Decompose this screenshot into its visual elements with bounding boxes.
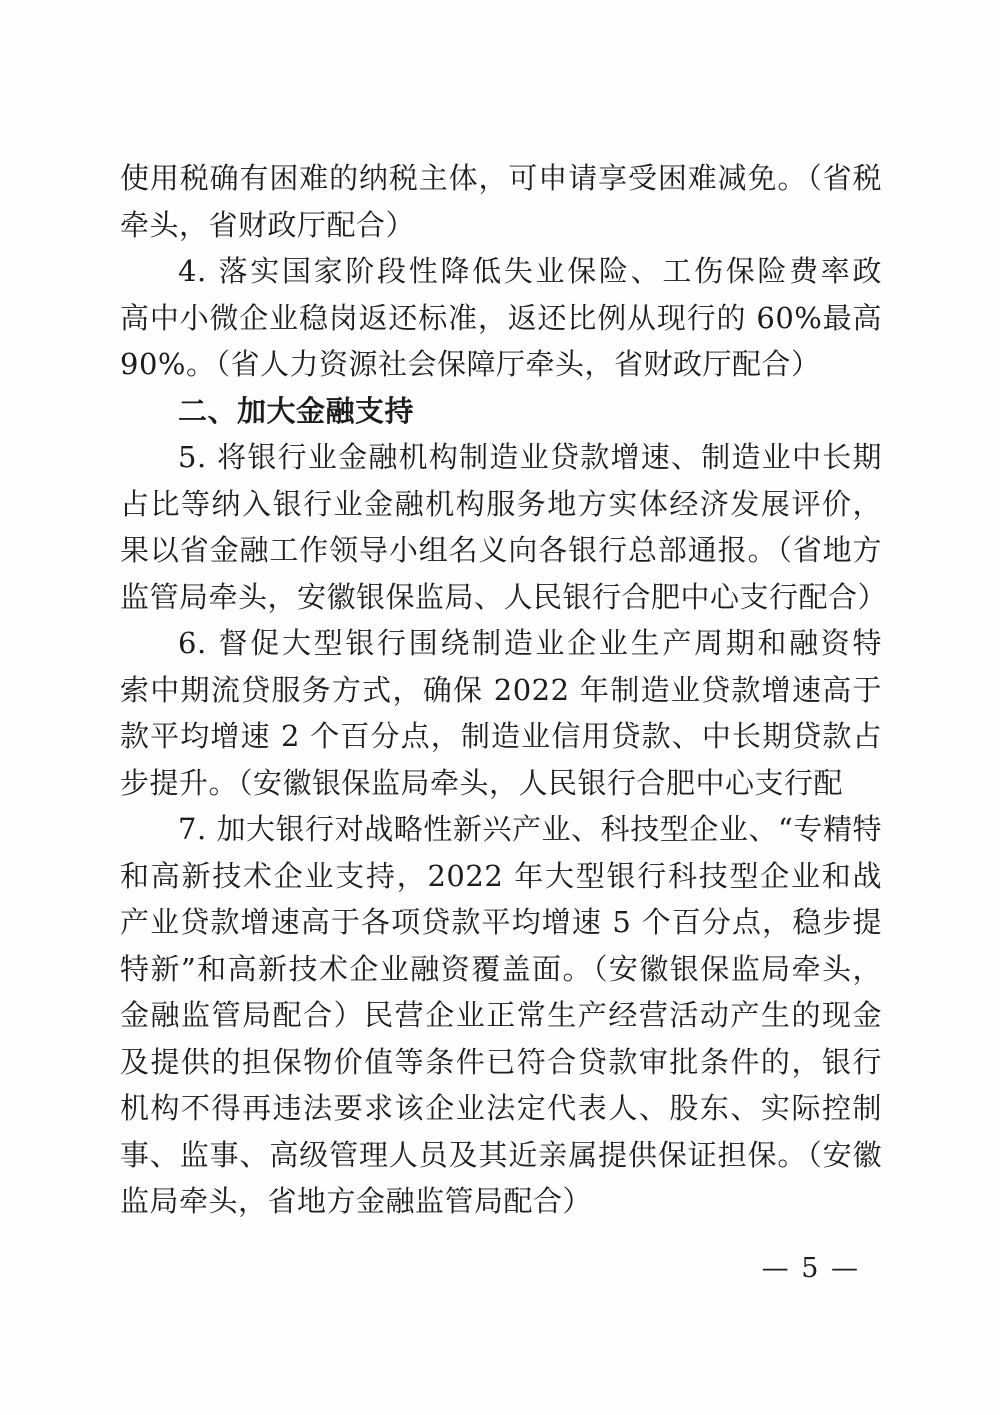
text-line: 4. 落实国家阶段性降低失业保险、工伤保险费率政策。提 [120,248,882,295]
text-line: 和高新技术企业支持，2022 年大型银行科技型企业和战略性新兴 [120,853,882,900]
text-line: 款平均增速 2 个百分点，制造业信用贷款、中长期贷款占比进一 [120,713,882,760]
text-line: 90%。（省人力资源社会保障厅牵头，省财政厅配合） [120,341,882,388]
section-heading: 二、加大金融支持 [120,388,882,435]
paragraph: 7. 加大银行对战略性新兴产业、科技型企业、“专精特新”和高新技术企业支持，20… [120,806,882,1225]
text-line: 监局牵头，省地方金融监管局配合） [120,1178,882,1225]
text-line: 使用税确有困难的纳税主体，可申请享受困难减免。（省税务局 [120,155,882,202]
text-line: 占比等纳入银行业金融机构服务地方实体经济发展评价，评价结 [120,481,882,528]
paragraph: 5. 将银行业金融机构制造业贷款增速、制造业中长期贷款占比等纳入银行业金融机构服… [120,434,882,620]
text-line: 5. 将银行业金融机构制造业贷款增速、制造业中长期贷款 [120,434,882,481]
text-line: 索中期流贷服务方式，确保 2022 年制造业贷款增速高于各项贷 [120,667,882,714]
document-page: 使用税确有困难的纳税主体，可申请享受困难减免。（省税务局牵头，省财政厅配合）4.… [0,0,1000,1415]
text-line: 及提供的担保物价值等条件已符合贷款审批条件的，银行业金融 [120,1039,882,1086]
text-line: 6. 督促大型银行围绕制造业企业生产周期和融资特点，探 [120,620,882,667]
text-line: 7. 加大银行对战略性新兴产业、科技型企业、“专精特新” [120,806,882,853]
text-line: 果以省金融工作领导小组名义向各银行总部通报。（省地方金融 [120,527,882,574]
text-line: 步提升。（安徽银保监局牵头，人民银行合肥中心支行配合） [120,760,882,807]
text-line: 事、监事、高级管理人员及其近亲属提供保证担保。（安徽银保 [120,1132,882,1179]
text-line: 二、加大金融支持 [120,388,882,435]
text-line: 产业贷款增速高于各项贷款平均增速 5 个百分点，稳步提高“专精 [120,899,882,946]
text-line: 特新”和高新技术企业融资覆盖面。（安徽银保监局牵头，省地方 [120,946,882,993]
paragraph: 6. 督促大型银行围绕制造业企业生产周期和融资特点，探索中期流贷服务方式，确保 … [120,620,882,806]
paragraph: 4. 落实国家阶段性降低失业保险、工伤保险费率政策。提高中小微企业稳岗返还标准，… [120,248,882,388]
document-body: 使用税确有困难的纳税主体，可申请享受困难减免。（省税务局牵头，省财政厅配合）4.… [120,155,882,1225]
text-line: 机构不得再违法要求该企业法定代表人、股东、实际控制人、董 [120,1085,882,1132]
page-footer: — 5 — [762,1252,860,1286]
text-line: 高中小微企业稳岗返还标准，返还比例从现行的 60%最高提至 [120,295,882,342]
page-number: — 5 — [762,1253,860,1284]
text-line: 监管局牵头，安徽银保监局、人民银行合肥中心支行配合） [120,574,882,621]
text-line: 金融监管局配合）民营企业正常生产经营活动产生的现金流量以 [120,992,882,1039]
text-line: 牵头，省财政厅配合） [120,202,882,249]
paragraph: 使用税确有困难的纳税主体，可申请享受困难减免。（省税务局牵头，省财政厅配合） [120,155,882,248]
